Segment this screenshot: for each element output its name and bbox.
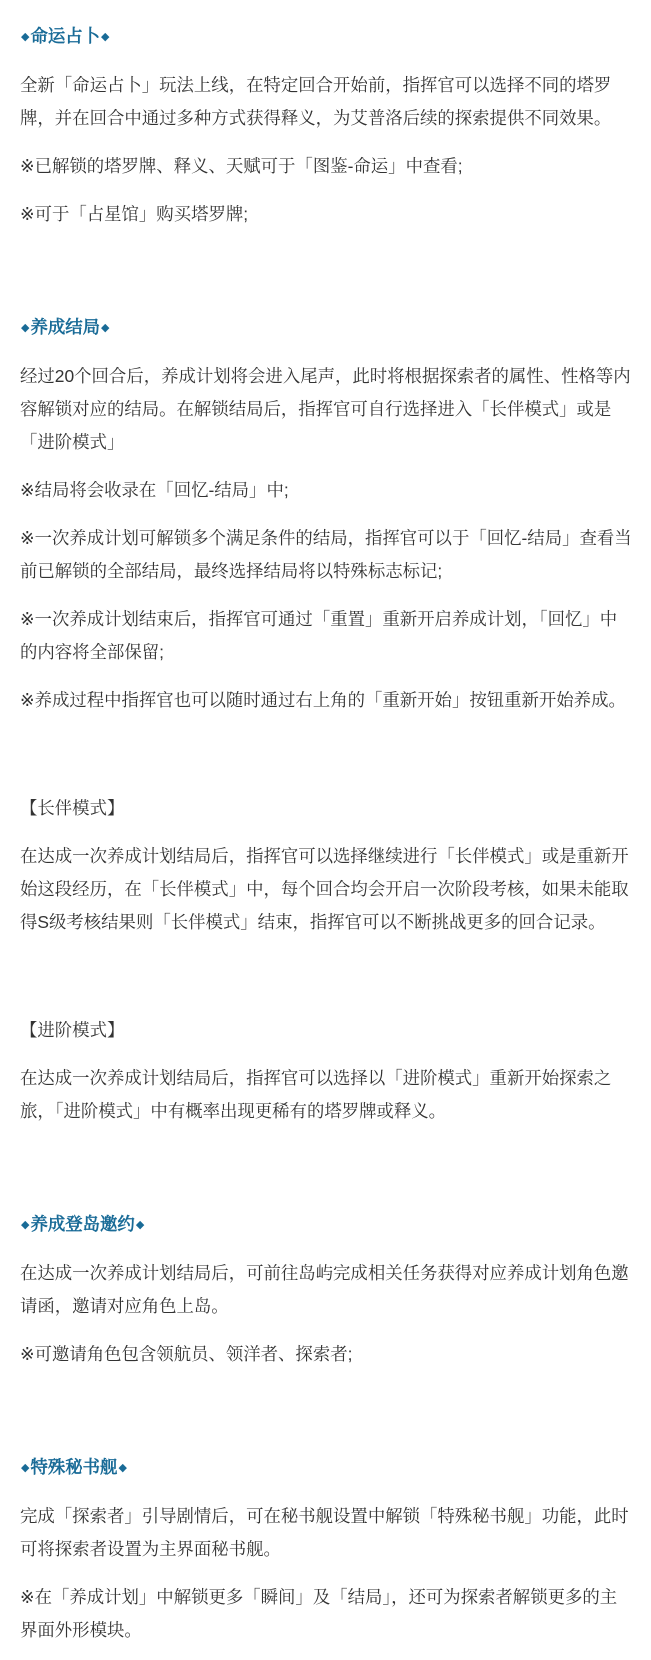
diamond-icon: ◆ xyxy=(136,1209,144,1242)
section-special-secretary-ship: ◆特殊秘书舰◆ 完成「探索者」引导剧情后，可在秘书舰设置中解锁「特殊秘书舰」功能… xyxy=(20,1451,632,1647)
section-title: ◆特殊秘书舰◆ xyxy=(20,1451,632,1485)
diamond-icon: ◆ xyxy=(101,312,109,345)
section-title: ◆命运占卜◆ xyxy=(20,20,632,54)
diamond-icon: ◆ xyxy=(118,1452,126,1485)
note-line: ※结局将会收录在「回忆-结局」中; xyxy=(20,474,632,507)
section-title-text: 养成登岛邀约 xyxy=(30,1214,134,1234)
section-title-text: 命运占卜 xyxy=(30,26,100,46)
note-line: ※已解锁的塔罗牌、释义、天赋可于「图鉴-命运」中查看; xyxy=(20,150,632,183)
section-title: ◆养成结局◆ xyxy=(20,311,632,345)
announcement-page: ◆命运占卜◆ 全新「命运占卜」玩法上线，在特定回合开始前，指挥官可以选择不同的塔… xyxy=(0,0,651,1660)
section-island-invitation: ◆养成登岛邀约◆ 在达成一次养成计划结局后，可前往岛屿完成相关任务获得对应养成计… xyxy=(20,1208,632,1371)
section-title-text: 养成结局 xyxy=(30,317,100,337)
mode-subheader-advanced: 【进阶模式】 xyxy=(20,1014,632,1047)
diamond-icon: ◆ xyxy=(101,21,109,54)
paragraph: 全新「命运占卜」玩法上线，在特定回合开始前，指挥官可以选择不同的塔罗牌，并在回合… xyxy=(20,69,632,135)
diamond-icon: ◆ xyxy=(21,1452,29,1485)
note-line: ※在「养成计划」中解锁更多「瞬间」及「结局」，还可为探索者解锁更多的主界面外形模… xyxy=(20,1581,632,1647)
paragraph: 在达成一次养成计划结局后，指挥官可以选择继续进行「长伴模式」或是重新开始这段经历… xyxy=(20,840,632,939)
note-line: ※可邀请角色包含领航员、领洋者、探索者; xyxy=(20,1338,632,1371)
paragraph: 在达成一次养成计划结局后，指挥官可以选择以「进阶模式」重新开始探索之旅，「进阶模… xyxy=(20,1062,632,1128)
section-fortune-divination: ◆命运占卜◆ 全新「命运占卜」玩法上线，在特定回合开始前，指挥官可以选择不同的塔… xyxy=(20,20,632,231)
note-line: ※一次养成计划可解锁多个满足条件的结局，指挥官可以于「回忆-结局」查看当前已解锁… xyxy=(20,522,632,588)
diamond-icon: ◆ xyxy=(21,312,29,345)
diamond-icon: ◆ xyxy=(21,1209,29,1242)
section-title: ◆养成登岛邀约◆ xyxy=(20,1208,632,1242)
section-title-text: 特殊秘书舰 xyxy=(30,1457,117,1477)
paragraph: 完成「探索者」引导剧情后，可在秘书舰设置中解锁「特殊秘书舰」功能，此时可将探索者… xyxy=(20,1500,632,1566)
note-line: ※一次养成计划结束后，指挥官可通过「重置」重新开启养成计划，「回忆」中的内容将全… xyxy=(20,603,632,669)
paragraph: 经过20个回合后，养成计划将会进入尾声，此时将根据探索者的属性、性格等内容解锁对… xyxy=(20,360,632,459)
diamond-icon: ◆ xyxy=(21,21,29,54)
note-line: ※养成过程中指挥官也可以随时通过右上角的「重新开始」按钮重新开始养成。 xyxy=(20,684,632,717)
section-development-ending: ◆养成结局◆ 经过20个回合后，养成计划将会进入尾声，此时将根据探索者的属性、性… xyxy=(20,311,632,1128)
paragraph: 在达成一次养成计划结局后，可前往岛屿完成相关任务获得对应养成计划角色邀请函，邀请… xyxy=(20,1257,632,1323)
mode-subheader-companion: 【长伴模式】 xyxy=(20,792,632,825)
note-line: ※可于「占星馆」购买塔罗牌; xyxy=(20,198,632,231)
